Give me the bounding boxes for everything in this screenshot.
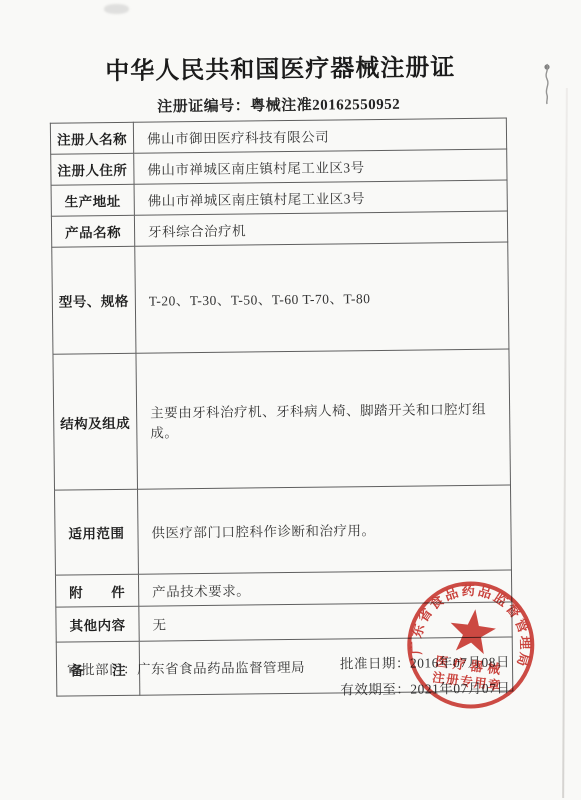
row-label: 产品名称 (51, 215, 134, 247)
table-row: 注册人名称佛山市御田医疗科技有限公司 (50, 118, 506, 154)
star-icon (447, 606, 498, 655)
row-label: 生产地址 (51, 184, 134, 216)
table-row: 注册人住所佛山市禅城区南庄镇村尾工业区3号 (51, 149, 507, 185)
table-row: 结构及组成主要由牙科治疗机、牙科病人椅、脚踏开关和口腔灯组成。 (53, 349, 511, 490)
row-value: 主要由牙科治疗机、牙科病人椅、脚踏开关和口腔灯组成。 (136, 349, 511, 489)
row-label: 其他内容 (56, 606, 139, 642)
table-row: 产品名称牙科综合治疗机 (51, 211, 507, 247)
row-value: 佛山市御田医疗科技有限公司 (133, 118, 506, 153)
row-value: 牙科综合治疗机 (134, 211, 507, 246)
row-value: 供医疗部门口腔科作诊断和治疗用。 (138, 485, 512, 574)
row-value: T-20、T-30、T-50、T-60 T-70、T-80 (135, 242, 509, 353)
approval-department-value: 广东省食品药品监督管理局 (137, 660, 305, 677)
row-label: 结构及组成 (53, 353, 138, 490)
approval-department-label: 审批部门： (67, 662, 137, 678)
registration-number-line: 注册证编号：粤械注准20162550952 (0, 91, 561, 118)
scan-artifact-mark (540, 61, 554, 105)
row-value: 佛山市禅城区南庄镇村尾工业区3号 (134, 149, 507, 184)
registration-number-value: 粤械注准20162550952 (250, 97, 400, 115)
row-label: 附 件 (55, 574, 138, 607)
row-label: 型号、规格 (52, 246, 136, 354)
row-label: 注册人住所 (51, 153, 134, 185)
certificate-document: 中华人民共和国医疗器械注册证 注册证编号：粤械注准20162550952 注册人… (0, 0, 581, 800)
row-label: 注册人名称 (50, 122, 133, 154)
approval-date-label: 批准日期： (340, 656, 410, 672)
official-stamp-icon: 广东省食品药品监督管理局 医疗器械 注册专用章 (397, 571, 545, 719)
certificate-title: 中华人民共和国医疗器械注册证 (0, 46, 564, 87)
table-row: 生产地址佛山市禅城区南庄镇村尾工业区3号 (51, 180, 507, 216)
row-value: 佛山市禅城区南庄镇村尾工业区3号 (134, 180, 507, 215)
table-row: 适用范围供医疗部门口腔科作诊断和治疗用。 (55, 485, 512, 575)
row-label: 适用范围 (55, 489, 139, 575)
approval-department-line: 审批部门：广东省食品药品监督管理局 (67, 656, 305, 679)
scan-smudge (104, 4, 129, 14)
registration-number-label: 注册证编号： (157, 98, 250, 115)
table-row: 型号、规格T-20、T-30、T-50、T-60 T-70、T-80 (52, 242, 509, 354)
